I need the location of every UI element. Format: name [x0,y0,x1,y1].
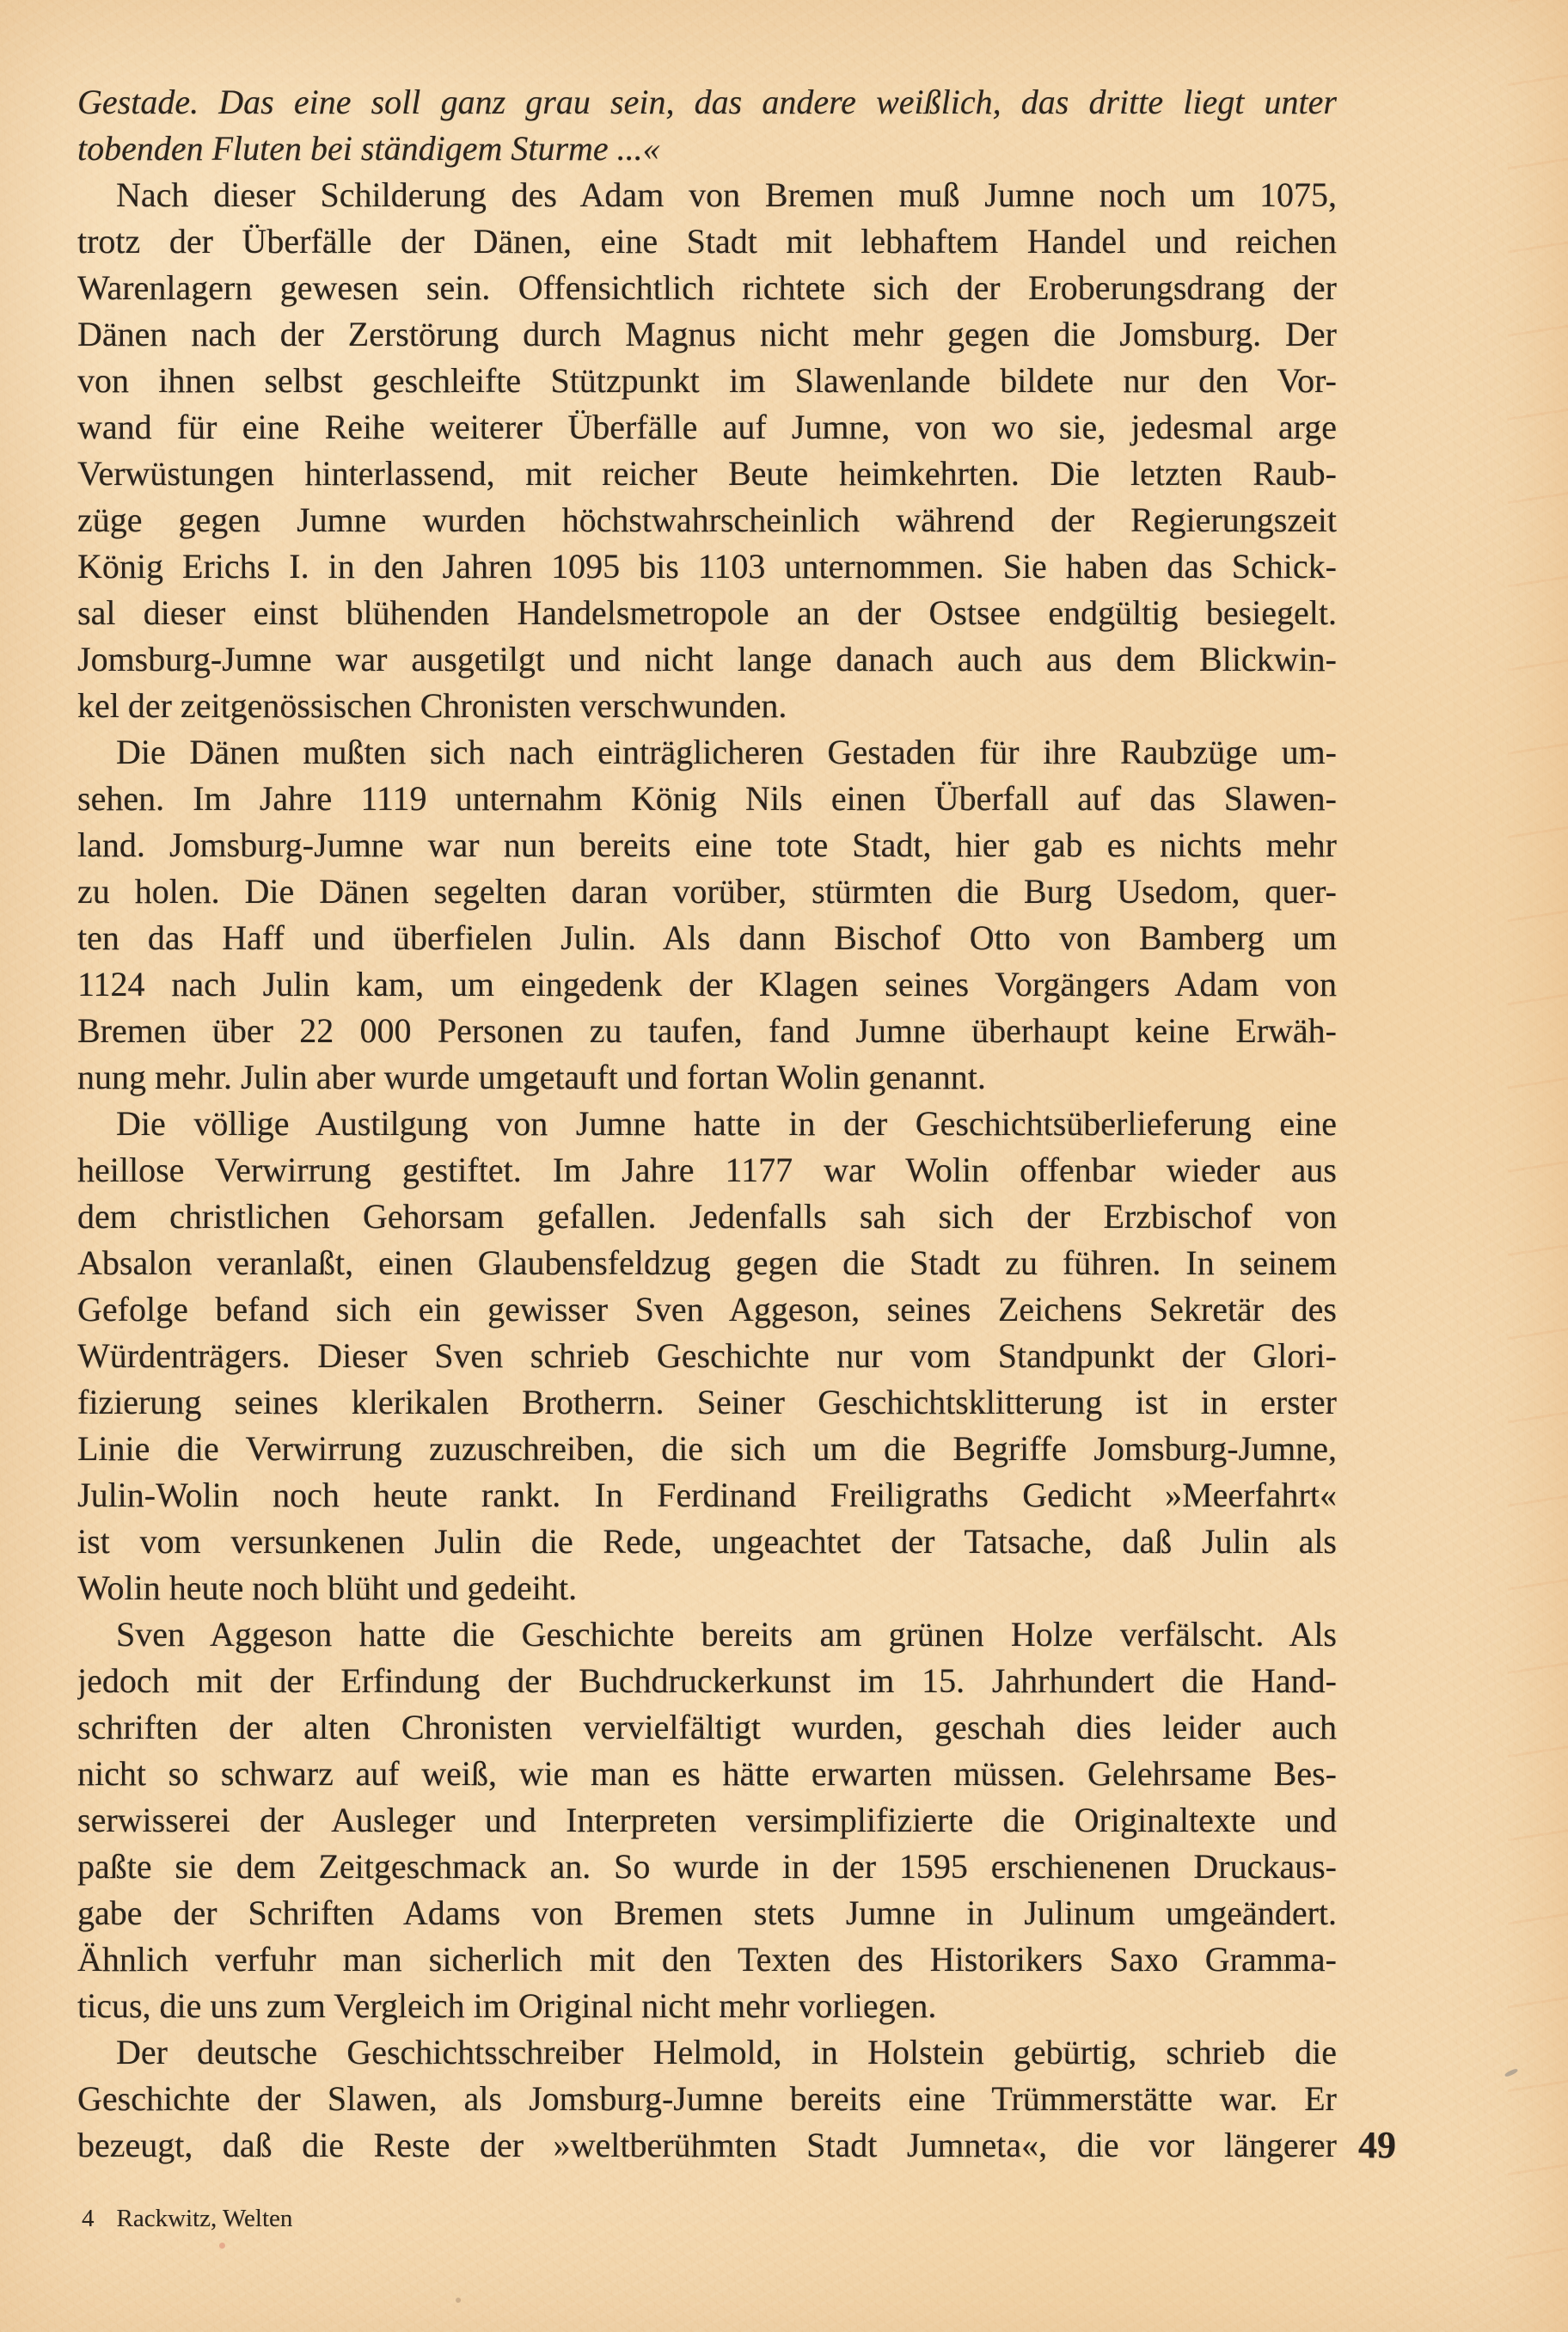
text-line: Dänen nach der Zerstörung durch Magnus n… [77,311,1337,358]
text-line: nicht so schwarz auf weiß, wie man es hä… [77,1751,1337,1797]
text-line: gabe der Schriften Adams von Bremen stet… [77,1890,1337,1936]
text-line: Die Dänen mußten sich nach einträglicher… [77,729,1337,776]
text-line: Wolin heute noch blüht und gedeiht. [77,1565,1337,1611]
text-line: Ähnlich verfuhr man sicherlich mit den T… [77,1936,1337,1983]
text-line: sal dieser einst blühenden Handelsmetrop… [77,590,1337,636]
text-line: von ihnen selbst geschleifte Stützpunkt … [77,358,1337,404]
text-line: Die völlige Austilgung von Jumne hatte i… [77,1101,1337,1147]
text-line: land. Jomsburg-Jumne war nun bereits ein… [77,822,1337,868]
paper-edge-texture [1508,0,1568,2332]
book-page: Gestade. Das eine soll ganz grau sein, d… [0,0,1568,2332]
text-line: trotz der Überfälle der Dänen, eine Stad… [77,218,1337,265]
text-line: Warenlagern gewesen sein. Offensichtlich… [77,265,1337,311]
text-line: Geschichte der Slawen, als Jomsburg-Jumn… [77,2076,1337,2122]
text-line: Nach dieser Schilderung des Adam von Bre… [77,172,1337,218]
text-line: heillose Verwirrung gestiftet. Im Jahre … [77,1147,1337,1194]
text-line: züge gegen Jumne wurden höchstwahrschein… [77,497,1337,543]
text-line: fizierung seines klerikalen Brotherrn. S… [77,1379,1337,1426]
text-line: Würdenträgers. Dieser Sven schrieb Gesch… [77,1333,1337,1379]
scan-speck [1504,2068,1519,2077]
page-number: 49 [1358,2122,1396,2169]
text-line: Gefolge befand sich ein gewisser Sven Ag… [77,1286,1337,1333]
printer-signature: 4Rackwitz, Welten [82,2201,292,2236]
text-line: tobenden Fluten bei ständigem Sturme ...… [77,126,1337,172]
text-line: Absalon veranlaßt, einen Glaubensfeldzug… [77,1240,1337,1286]
text-line: zu holen. Die Dänen segelten daran vorüb… [77,868,1337,915]
text-line: 1124 nach Julin kam, um eingedenk der Kl… [77,961,1337,1008]
scan-speck [219,2243,225,2249]
text-line: König Erichs I. in den Jahren 1095 bis 1… [77,543,1337,590]
text-line: wand für eine Reihe weiterer Überfälle a… [77,404,1337,451]
text-line: dem christlichen Gehorsam gefallen. Jede… [77,1194,1337,1240]
text-line: jedoch mit der Erfindung der Buchdrucker… [77,1658,1337,1704]
text-line: Verwüstungen hinterlassend, mit reicher … [77,451,1337,497]
text-line: Sven Aggeson hatte die Geschichte bereit… [77,1611,1337,1658]
text-line: ist vom versunkenen Julin die Rede, unge… [77,1519,1337,1565]
signature-label: Rackwitz, Welten [117,2205,293,2232]
text-line: paßte sie dem Zeitgeschmack an. So wurde… [77,1844,1337,1890]
text-line: nung mehr. Julin aber wurde umgetauft un… [77,1054,1337,1101]
text-line: kel der zeitgenössischen Chronisten vers… [77,683,1337,729]
text-line: sehen. Im Jahre 1119 unternahm König Nil… [77,776,1337,822]
text-line: Linie die Verwirrung zuzuschreiben, die … [77,1426,1337,1472]
text-line: serwisserei der Ausleger und Interpreten… [77,1797,1337,1844]
text-line: ticus, die uns zum Vergleich im Original… [77,1983,1337,2029]
text-line: Bremen über 22 000 Personen zu taufen, f… [77,1008,1337,1054]
text-line: Gestade. Das eine soll ganz grau sein, d… [77,79,1337,126]
signature-number: 4 [82,2205,95,2232]
text-line: Julin-Wolin noch heute rankt. In Ferdina… [77,1472,1337,1519]
text-line: bezeugt, daß die Reste der »weltberühmte… [77,2122,1337,2169]
text-line: ten das Haff und überfielen Julin. Als d… [77,915,1337,961]
body-text: Gestade. Das eine soll ganz grau sein, d… [77,79,1337,2169]
text-line: Der deutsche Geschichtsschreiber Helmold… [77,2029,1337,2076]
text-line: Jomsburg-Jumne war ausgetilgt und nicht … [77,636,1337,683]
text-line: schriften der alten Chronisten vervielfä… [77,1704,1337,1751]
scan-speck [456,2298,461,2303]
